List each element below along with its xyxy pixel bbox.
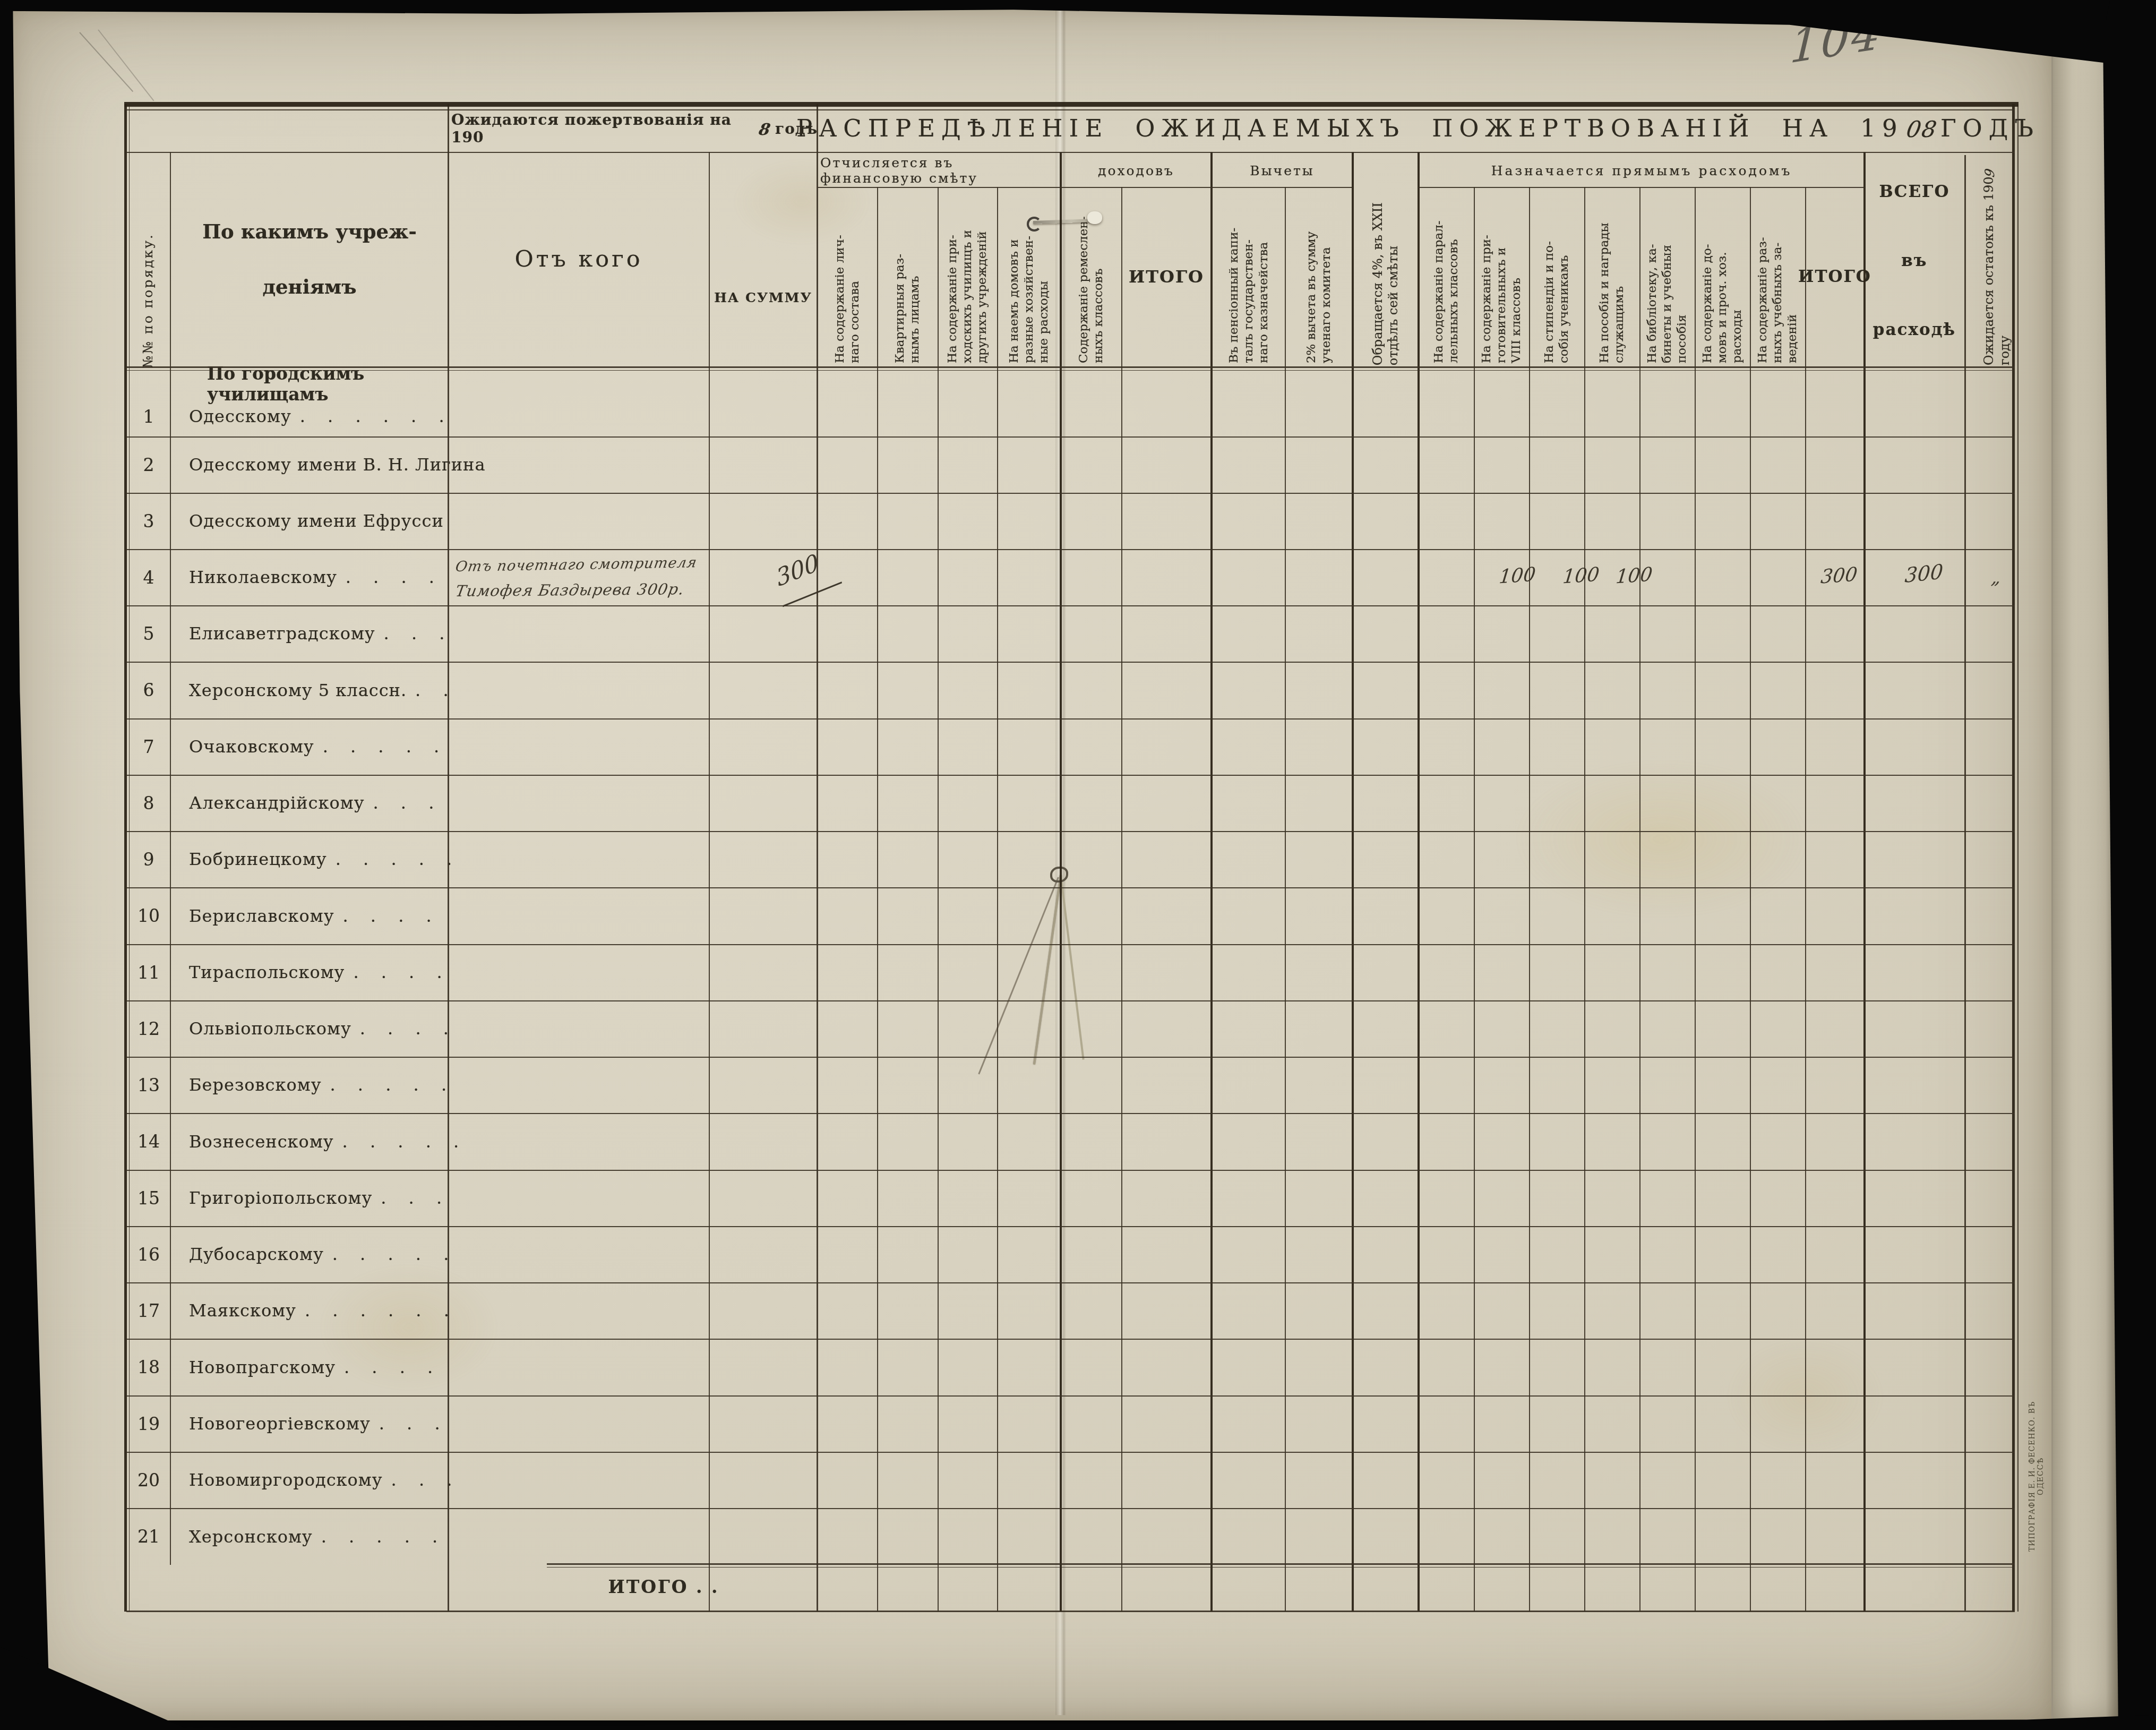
row-number: 2 <box>126 455 171 475</box>
table-gridline-v <box>1060 152 1062 1612</box>
table-gridline-h <box>126 605 2015 606</box>
table-gridline-v <box>124 104 127 1612</box>
table-gridline-h <box>547 1567 2015 1568</box>
row-label: Новогеоргіевскому <box>189 1414 371 1434</box>
table-gridline-h <box>1419 187 1865 188</box>
row-label: Одесскому имени В. Н. Лигина <box>189 455 486 475</box>
handwritten-vsego-300: 300 <box>1899 555 1949 592</box>
row-number: 21 <box>126 1526 171 1547</box>
row-dot-leaders: . . . <box>381 1188 450 1208</box>
table-row: 3Одесскому имени Ефрусси <box>126 493 710 549</box>
table-gridline-v <box>1805 187 1806 1612</box>
handwritten-ditto-mark: „ <box>1983 566 2009 589</box>
row-number: 17 <box>126 1300 171 1321</box>
table-gridline-v <box>938 187 939 1612</box>
handwritten-nagrady-100: 100 <box>1557 559 1605 592</box>
table-gridline-h <box>126 1113 2015 1114</box>
row-dot-leaders: . . . . <box>360 1018 457 1039</box>
table-gridline-h <box>126 1282 2015 1283</box>
row-dot-leaders: . . . . . <box>336 849 461 869</box>
row-label: Новомиргородскому <box>189 1470 383 1490</box>
table-gridline-h <box>126 1339 2015 1340</box>
table-gridline-h <box>126 718 2015 720</box>
row-number: 8 <box>126 793 171 813</box>
table-gridline-v <box>877 187 878 1612</box>
table-row: 17Маякскому. . . . . . <box>126 1282 710 1339</box>
table-row: 11Тираспольскому. . . . <box>126 944 710 1000</box>
table-gridline-h <box>126 944 2015 945</box>
table-gridline-h <box>126 549 2015 550</box>
table-gridline-h <box>126 1611 2015 1612</box>
row-label: Одесскому имени Ефрусси <box>189 511 444 531</box>
handwritten-stipendii-100: 100 <box>1493 559 1541 592</box>
table-row: 16Дубосарскому. . . . . <box>126 1226 710 1282</box>
table-gridline-v <box>1639 187 1640 1612</box>
table-gridline-v <box>1210 152 1213 1612</box>
row-dot-leaders: . . . . . <box>332 1244 458 1264</box>
table-gridline-h <box>126 775 2015 776</box>
row-dot-leaders: . . . . <box>346 567 443 587</box>
table-row: 18Новопрагскому. . . . <box>126 1339 710 1395</box>
table-rows: 1Одесскому. . . . . .2Одесскому имени В.… <box>0 0 2156 1730</box>
table-row: 13Березовскому. . . . . <box>126 1057 710 1113</box>
table-gridline-v <box>817 104 818 1612</box>
table-gridline-h <box>126 1000 2015 1001</box>
row-number: 14 <box>126 1131 171 1152</box>
table-row: 12Ольвіопольскому. . . . <box>126 1000 710 1057</box>
row-dot-leaders: . . . . . . <box>300 406 453 426</box>
table-gridline-h <box>126 662 2015 663</box>
table-row: 20Новомиргородскому. . . <box>126 1452 710 1508</box>
row-label: Тираспольскому <box>189 962 345 982</box>
row-label: Дубосарскому <box>189 1244 324 1264</box>
row-label: Николаевскому <box>189 567 337 587</box>
table-row: 14Вознесенскому. . . . . <box>126 1113 710 1170</box>
table-gridline-v <box>997 187 998 1612</box>
row-label: Ольвіопольскому <box>189 1018 351 1039</box>
table-row: 8Александрійскому. . . <box>126 775 710 831</box>
row-dot-leaders: . . . . <box>343 906 440 926</box>
table-gridline-v <box>1285 187 1286 1612</box>
row-dot-leaders: . . . <box>391 1470 461 1490</box>
row-number: 9 <box>126 849 171 870</box>
table-gridline-h <box>126 370 2015 371</box>
table-gridline-h <box>126 1395 2015 1397</box>
row-label: Александрійскому <box>189 793 364 813</box>
row-number: 16 <box>126 1244 171 1265</box>
row-number: 4 <box>126 567 171 588</box>
row-label: Херсонскому <box>189 1527 313 1547</box>
row-number: 12 <box>126 1018 171 1039</box>
row-dot-leaders: . . . . . <box>321 1527 446 1547</box>
row-number: 10 <box>126 905 171 926</box>
table-gridline-h <box>126 493 2015 494</box>
table-gridline-v <box>1418 152 1420 1612</box>
row-label: Бериславскому <box>189 906 334 926</box>
table-gridline-v <box>1863 152 1866 1612</box>
row-dot-leaders: . . . <box>373 793 442 813</box>
table-gridline-h <box>547 1563 2015 1565</box>
table-gridline-h <box>126 1452 2015 1453</box>
table-row: 15Григоріопольскому. . . <box>126 1170 710 1226</box>
row-dot-leaders: . . . . . <box>330 1075 456 1095</box>
row-number: 19 <box>126 1414 171 1434</box>
table-gridline-h <box>126 1226 2015 1227</box>
table-row: 19Новогеоргіевскому. . . <box>126 1395 710 1452</box>
table-gridline-h <box>126 887 2015 888</box>
table-gridline-h <box>126 1057 2015 1058</box>
row-label: Херсонскому 5 классн. <box>189 680 407 700</box>
row-dot-leaders: . . . . . . <box>305 1300 458 1321</box>
row-number: 1 <box>126 406 171 427</box>
row-number: 11 <box>126 962 171 983</box>
table-row: 2Одесскому имени В. Н. Лигина <box>126 436 710 493</box>
table-gridline-h <box>126 831 2015 832</box>
row-dot-leaders: . . . . . <box>323 736 448 757</box>
row-number: 5 <box>126 623 171 644</box>
table-gridline-v <box>170 152 171 1565</box>
table-gridline-v <box>1529 187 1530 1612</box>
table-gridline-v <box>1964 155 1966 1612</box>
table-gridline-h <box>124 102 2018 107</box>
table-gridline-h <box>126 1170 2015 1171</box>
table-gridline-h <box>818 187 1352 188</box>
row-dot-leaders: . . <box>415 680 457 700</box>
row-number: 15 <box>126 1188 171 1209</box>
row-dot-leaders: . . . . <box>344 1357 441 1377</box>
row-number: 13 <box>126 1075 171 1095</box>
row-number: 3 <box>126 511 171 532</box>
table-row: 21Херсонскому. . . . . <box>126 1508 710 1565</box>
table-gridline-v <box>1121 187 1122 1612</box>
row-label: Бобринецкому <box>189 849 327 869</box>
table-gridline-v <box>709 152 710 1612</box>
row-label: Григоріопольскому <box>189 1188 372 1208</box>
table-row: 9Бобринецкому. . . . . <box>126 831 710 887</box>
row-number: 20 <box>126 1470 171 1491</box>
table-gridline-v <box>2012 104 2015 1612</box>
table-gridline-h <box>126 436 2015 438</box>
table-gridline-v <box>2017 104 2018 1612</box>
table-gridline-h <box>126 152 2015 153</box>
handwritten-biblioteka-100: 100 <box>1610 559 1658 592</box>
row-label: Очаковскому <box>189 736 314 757</box>
row-number: 18 <box>126 1357 171 1377</box>
table-row: 6Херсонскому 5 классн.. . <box>126 662 710 718</box>
table-row: 1Одесскому. . . . . . <box>126 396 710 436</box>
row-number: 6 <box>126 680 171 700</box>
table-gridline-v <box>448 104 449 1612</box>
row-label: Елисаветградскому <box>189 623 375 644</box>
handwritten-itogo-300: 300 <box>1814 559 1864 593</box>
scanned-ledger-page: 104 Ожидаются пожертвованія на 190 8 год… <box>0 0 2156 1730</box>
table-gridline-v <box>1352 152 1354 1612</box>
table-gridline-v <box>1474 187 1475 1612</box>
row-label: Новопрагскому <box>189 1357 336 1377</box>
table-gridline-h <box>126 366 2015 368</box>
itogo-row-label: ИТОГО . . <box>579 1571 749 1603</box>
row-dot-leaders: . . . <box>379 1414 449 1434</box>
row-label: Березовскому <box>189 1075 322 1095</box>
handwritten-donor-line1: Отъ почетнаго смотрителя <box>453 554 707 580</box>
row-number: 7 <box>126 736 171 757</box>
table-row: 10Бериславскому. . . . <box>126 887 710 944</box>
table-gridline-v <box>1584 187 1585 1612</box>
row-label: Маякскому <box>189 1300 296 1321</box>
table-row: 7Очаковскому. . . . . <box>126 718 710 775</box>
table-gridline-v <box>129 104 130 1612</box>
row-dot-leaders: . . . <box>384 623 453 644</box>
table-gridline-h <box>126 109 2015 110</box>
table-gridline-v <box>1750 187 1751 1612</box>
row-label: Одесскому <box>189 406 291 426</box>
table-row: 5Елисаветградскому. . . <box>126 605 710 662</box>
table-gridline-v <box>1695 187 1696 1612</box>
handwritten-donor-line2: Тимофея Баздырева 300р. <box>453 580 707 605</box>
row-label: Вознесенскому <box>189 1132 334 1152</box>
table-gridline-h <box>126 1508 2015 1509</box>
row-dot-leaders: . . . . <box>353 962 450 982</box>
